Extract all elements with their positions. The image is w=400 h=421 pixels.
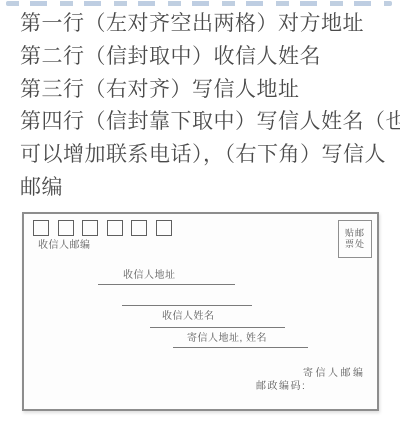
instruction-line-4: 第四行（信封靠下取中）写信人姓名（也 [20,106,394,139]
instruction-line-6: 邮编 [20,172,394,205]
postcode-box [131,220,147,236]
instruction-line-1: 第一行（左对齐空出两格）对方地址 [20,8,394,41]
sender-postcode-label: 寄信人邮编 [303,368,366,380]
recipient-address-label: 收信人地址 [123,270,176,282]
stamp-box-label-line-1: 贴邮 [345,228,365,239]
postcode-box [58,220,74,236]
recipient-address-line [98,284,235,285]
postcode-box [107,220,123,236]
postal-code-label: 邮政编码: [256,381,306,393]
postcode-box [82,220,98,236]
blank-address-line [122,305,252,306]
recipient-name-line [150,327,285,328]
recipient-postcode-boxes [33,220,172,236]
instruction-line-3: 第三行（右对齐）写信人地址 [20,74,394,107]
stamp-box-label-line-2: 票处 [345,239,365,250]
instructions-text: 第一行（左对齐空出两格）对方地址 第二行（信封取中）收信人姓名 第三行（右对齐）… [20,8,394,205]
postcode-box [33,220,49,236]
stamp-box: 贴邮 票处 [338,220,372,258]
clipped-text-remnant [6,1,392,6]
envelope-diagram: 收信人邮编 贴邮 票处 收信人地址 收信人姓名 寄信人地址, 姓名 寄信人邮编 … [22,212,379,411]
recipient-postcode-label: 收信人邮编 [38,240,91,252]
page: 第一行（左对齐空出两格）对方地址 第二行（信封取中）收信人姓名 第三行（右对齐）… [0,0,400,421]
sender-address-name-label: 寄信人地址, 姓名 [187,333,267,345]
sender-address-name-line [173,347,308,348]
instruction-line-5: 可以增加联系电话），（右下角）写信人 [20,139,394,172]
postcode-box [156,220,172,236]
instruction-line-2: 第二行（信封取中）收信人姓名 [20,41,394,74]
recipient-name-label: 收信人姓名 [162,311,215,323]
